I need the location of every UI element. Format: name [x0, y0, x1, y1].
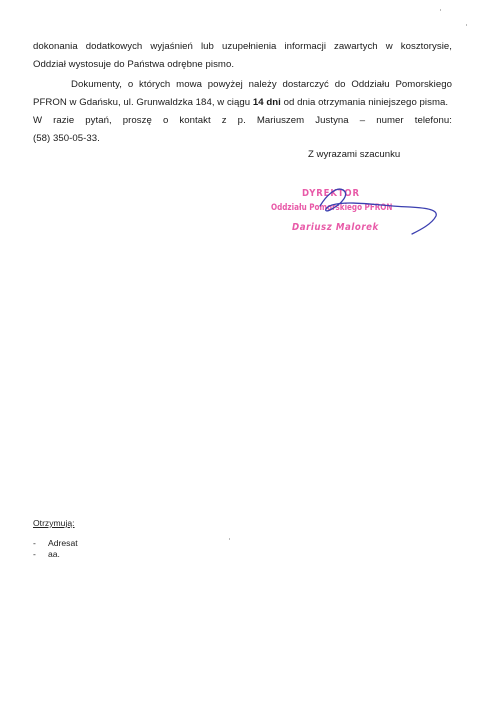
recipient-label: Adresat: [48, 538, 78, 548]
scan-speck: [466, 24, 467, 26]
recipients-title: Otrzymują:: [33, 518, 75, 528]
paragraph2-line4: (58) 350-05-33.: [33, 133, 452, 145]
paragraph1-line2: Oddział wystosuje do Państwa odrębne pis…: [33, 59, 452, 71]
paragraph2-line1: Dokumenty, o których mowa powyżej należy…: [33, 79, 452, 91]
scan-speck: [229, 538, 230, 540]
text-segment: od dnia otrzymania niniejszego pisma.: [281, 97, 448, 108]
deadline-bold: 14 dni: [253, 97, 281, 108]
paragraph2-line2: PFRON w Gdańsku, ul. Grunwaldzka 184, w …: [33, 97, 452, 109]
recipient-item: -aa.: [33, 549, 60, 559]
handwritten-signature-icon: [280, 180, 450, 240]
paragraph2-line3: W razie pytań, proszę o kontakt z p. Mar…: [33, 115, 452, 127]
recipient-label: aa.: [48, 549, 60, 559]
text-segment: PFRON w Gdańsku, ul. Grunwaldzka 184, w …: [33, 97, 253, 108]
list-dash: -: [33, 549, 48, 559]
list-dash: -: [33, 538, 48, 548]
closing-salutation: Z wyrazami szacunku: [308, 149, 400, 160]
recipient-item: -Adresat: [33, 538, 78, 548]
paragraph1-line1: dokonania dodatkowych wyjaśnień lub uzup…: [33, 41, 452, 53]
scan-speck: [440, 9, 441, 11]
